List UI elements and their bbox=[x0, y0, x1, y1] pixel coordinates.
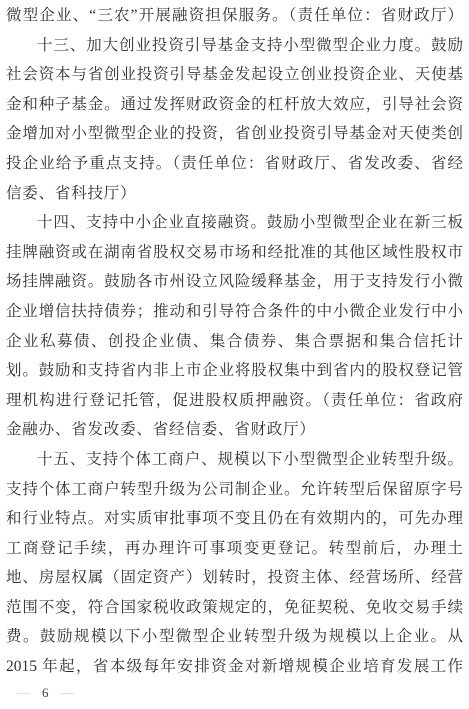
text-line: 挂牌融资或在湖南省股权交易市场和经批准的其他区域性股权市 bbox=[6, 238, 463, 268]
text-line: 工商登记手续，再办理许可事项变更登记。转型前后，办理土 bbox=[6, 534, 463, 564]
text-line: 场挂牌融资。鼓励各市州设立风险缓释基金，用于支持发行小微 bbox=[6, 267, 463, 297]
text-line: 社会资本与省创业投资引导基金发起设立创业投资企业、天使基 bbox=[6, 60, 463, 90]
footer-dash-right: — bbox=[61, 685, 74, 700]
text-line: 投企业给予重点支持。（责任单位：省财政厅、省发改委、省经 bbox=[6, 149, 463, 179]
text-line: 金和种子基金。通过发挥财政资金的杠杆放大效应，引导社会资 bbox=[6, 90, 463, 120]
text-line: 地、房屋权属（固定资产）划转时，投资主体、经营场所、经营 bbox=[6, 563, 463, 593]
text-line: 范围不变，符合国家税收政策规定的，免征契税、免收交易手续 bbox=[6, 593, 463, 623]
text-line: 费。鼓励规模以下小型微型企业转型升级为规模以上企业。从 bbox=[6, 622, 463, 652]
text-line-paragraph-end: 金融办、省发改委、省经信委、省财政厅） bbox=[6, 415, 463, 445]
text-line: 2015 年起，省本级每年安排资金对新增规模企业培育发展工作 bbox=[6, 652, 463, 682]
text-line-section-13-start: 十三、加大创业投资引导基金支持小型微型企业力度。鼓励 bbox=[6, 31, 463, 61]
text-line: 支持个体工商户转型升级为公司制企业。允许转型后保留原字号 bbox=[6, 475, 463, 505]
text-line: 企业增信扶持债券；推动和引导符合条件的中小微企业发行中小 bbox=[6, 297, 463, 327]
text-line: 和行业特点。对实质审批事项不变且仍在有效期内的，可先办理 bbox=[6, 504, 463, 534]
page-footer: — 6 — bbox=[17, 685, 74, 700]
text-line-section-14-start: 十四、支持中小企业直接融资。鼓励小型微型企业在新三板 bbox=[6, 208, 463, 238]
text-line-section-15-start: 十五、支持个体工商户、规模以下小型微型企业转型升级。 bbox=[6, 445, 463, 475]
text-line: 划。鼓励和支持省内非上市企业将股权集中到省内的股权登记管 bbox=[6, 356, 463, 386]
page-number: 6 bbox=[42, 685, 49, 700]
text-line: 理机构进行登记托管，促进股权质押融资。（责任单位：省政府 bbox=[6, 386, 463, 416]
text-line: 企业私募债、创投企业债、集合债券、集合票据和集合信托计 bbox=[6, 327, 463, 357]
document-page: 微型企业、“三农”开展融资担保服务。（责任单位：省财政厅） 十三、加大创业投资引… bbox=[0, 0, 469, 709]
footer-dash-left: — bbox=[17, 685, 30, 700]
text-line-paragraph-end: 信委、省科技厅） bbox=[6, 179, 463, 209]
text-line: 微型企业、“三农”开展融资担保服务。（责任单位：省财政厅） bbox=[6, 1, 463, 31]
text-line: 金增加对小型微型企业的投资，省创业投资引导基金对天使类创 bbox=[6, 119, 463, 149]
document-body: 微型企业、“三农”开展融资担保服务。（责任单位：省财政厅） 十三、加大创业投资引… bbox=[6, 1, 463, 682]
